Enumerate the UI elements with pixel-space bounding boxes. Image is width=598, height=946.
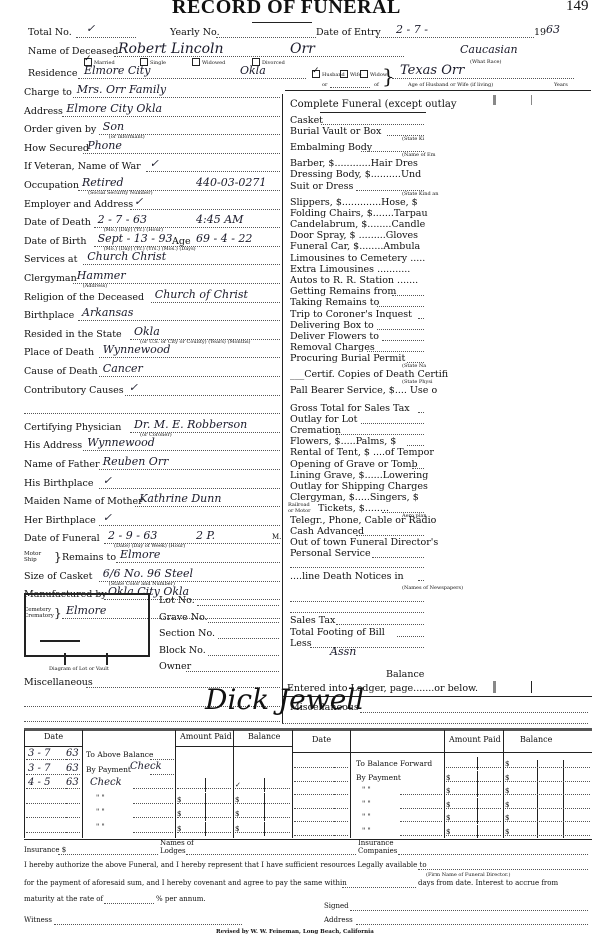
field-input[interactable]	[151, 302, 280, 303]
field-label: Religion of the Deceased	[24, 293, 144, 303]
field-value: ✓	[103, 475, 112, 486]
cents-divider	[205, 778, 206, 792]
ledger-border	[350, 730, 351, 838]
lot-field-input[interactable]	[208, 622, 279, 623]
itemization-row[interactable]: Total Footing of Bill	[290, 628, 385, 638]
item-dots	[336, 624, 424, 625]
itemization-row[interactable]: Suit or Dress	[290, 182, 353, 192]
item-caption: (State Ki	[402, 137, 424, 142]
field-label: Maiden Name of Mother	[24, 497, 143, 507]
lot-field-input[interactable]	[197, 605, 279, 606]
itemization-row[interactable]: ....line Death Notices in	[290, 572, 404, 582]
ledger-year-field[interactable]	[66, 788, 80, 789]
spouse-or-field[interactable]	[330, 87, 370, 88]
ledger-year-field[interactable]	[334, 808, 348, 809]
witness-label: Witness	[24, 917, 52, 924]
signed-label: Signed	[324, 903, 349, 910]
blank-row-field[interactable]	[290, 567, 424, 568]
ledger-amount: $	[446, 829, 450, 836]
field-input[interactable]	[62, 116, 280, 117]
divider	[285, 90, 591, 91]
ledger-amount-field[interactable]	[177, 817, 231, 818]
lodges-label-top: Names of	[160, 840, 194, 847]
field-input[interactable]	[99, 469, 280, 470]
miscellaneous-field-3[interactable]	[24, 721, 280, 722]
column-marker	[493, 95, 496, 105]
field-label: Address	[24, 107, 63, 117]
field-caption: (Address)	[83, 284, 107, 289]
field-label: Order given by	[24, 125, 96, 135]
right-ledger-amount-header: Amount Paid	[449, 736, 501, 744]
field-label: Contributory Causes	[24, 386, 124, 396]
ledger-desc-field[interactable]	[400, 835, 442, 836]
ledger-year-field[interactable]	[334, 781, 348, 782]
item-dots	[361, 423, 424, 424]
ledger-year: 63	[66, 749, 79, 759]
field-value: Reuben Orr	[103, 456, 169, 467]
itemization-row[interactable]: Extra Limousines ...........	[290, 265, 410, 275]
ledger-description: Check	[90, 778, 122, 788]
itemization-row[interactable]: Pall Bearer Service, $.... Use o	[290, 386, 437, 396]
field-value: Wynnewood	[87, 437, 155, 448]
field-value: Hammer	[77, 270, 126, 281]
lodges-label-bottom: Lodges	[160, 848, 186, 855]
ledger-description: By Payment	[86, 766, 131, 774]
item-prefix-bottom: or Motor	[288, 509, 311, 514]
ditto-mark: " "	[96, 795, 105, 802]
insurance-field[interactable]	[58, 854, 158, 855]
ledger-year-field[interactable]	[66, 803, 80, 804]
lodges-field[interactable]	[186, 854, 356, 855]
total-no-value: ✓	[86, 23, 95, 34]
field-input[interactable]	[99, 525, 280, 526]
left-ledger-balance-header: Balance	[248, 733, 280, 741]
itemization-row[interactable]: Casket	[290, 116, 323, 126]
item-dots	[377, 306, 424, 307]
total-no-field[interactable]	[76, 37, 136, 38]
field-label: Clergyman	[24, 274, 77, 284]
checkbox-widowed[interactable]: Widowed	[192, 58, 225, 66]
per-annum-text: % per annum.	[156, 896, 206, 903]
field-input[interactable]	[99, 376, 280, 377]
ledger-border	[503, 730, 504, 838]
field-value: Elmore	[120, 549, 160, 560]
field-input[interactable]	[135, 506, 280, 507]
field-input[interactable]	[99, 488, 280, 489]
itemization-row[interactable]: Barber, $............Hair Dres	[290, 159, 418, 169]
yearly-no-field[interactable]	[216, 37, 316, 38]
revised-text: Revised by W. W. Feineman, Long Beach, C…	[216, 930, 374, 936]
signed-field[interactable]	[350, 910, 588, 911]
field-input[interactable]	[83, 153, 280, 154]
itemization-row[interactable]: Clergyman, $.....Singers, $	[290, 493, 419, 503]
field-value: ✓	[150, 158, 159, 169]
ledger-description: To Balance Forward	[356, 760, 432, 768]
field-input[interactable]	[73, 97, 280, 98]
lot-diagram[interactable]	[24, 593, 150, 657]
ledger-balance-field[interactable]	[235, 788, 290, 789]
itemization-row[interactable]: Getting Remains from	[290, 287, 396, 297]
field-value: Church Christ	[87, 251, 166, 262]
page-number: 149	[566, 0, 589, 15]
residence-value: Elmore City	[84, 65, 150, 76]
ledger-amount: $	[177, 826, 181, 833]
field-label: Services at	[24, 255, 77, 265]
itemization-row[interactable]: Candelabrum, $........Candle	[290, 220, 425, 230]
ledger-amount-field[interactable]	[446, 767, 501, 768]
ledger-year-field[interactable]	[66, 817, 80, 818]
race-value: Caucasian	[460, 44, 518, 55]
ditto-mark: " "	[362, 814, 371, 821]
signature: Dick Jewell	[205, 683, 364, 716]
spouse-name-field[interactable]	[392, 78, 574, 79]
right-ledger-balance-header: Balance	[520, 736, 552, 744]
balance-label: Balance	[386, 670, 424, 680]
field-input[interactable]	[146, 171, 280, 172]
panel-misc-field[interactable]	[360, 712, 588, 713]
year-prefix: 19	[534, 28, 546, 38]
date-of-entry-value: 2 - 7 -	[396, 24, 428, 35]
item-caption: (Names of Newspapers)	[402, 586, 463, 591]
itemization-row[interactable]: Personal Service	[290, 549, 371, 559]
left-ledger-amount-header: Amount Paid	[180, 733, 232, 741]
ledger-balance-field[interactable]	[505, 767, 590, 768]
cents-divider	[205, 793, 206, 807]
ledger-header-border	[24, 746, 82, 747]
cents-divider	[477, 771, 478, 784]
itemization-row[interactable]: Cash Advanced	[290, 527, 364, 537]
ledger-amount-field[interactable]	[446, 781, 501, 782]
ledger-year-field[interactable]	[66, 774, 80, 775]
days-field[interactable]	[342, 887, 416, 888]
field-label: Certifying Physician	[24, 423, 121, 433]
field-value: Arkansas	[82, 307, 133, 318]
ledger-desc-field[interactable]	[400, 808, 442, 809]
itemization-row[interactable]: Funeral Car, $........Ambula	[290, 242, 420, 252]
item-dots	[310, 647, 424, 648]
itemization-row[interactable]: Dressing Body, $..........Und	[290, 170, 421, 180]
ledger-description: To Above Balance	[86, 751, 153, 759]
ledger-year: 63	[66, 764, 79, 774]
field-input[interactable]	[116, 562, 280, 563]
ledger-amount-field[interactable]	[177, 803, 231, 804]
itemization-row[interactable]: Autos to R. R. Station .......	[290, 276, 418, 286]
itemization-row[interactable]: Trip to Coroner's Inquest	[290, 310, 412, 320]
cents-divider	[205, 822, 206, 836]
field-input[interactable]	[78, 320, 280, 321]
firm-caption: (Firm Name of Funeral Director.)	[426, 873, 510, 878]
item-dots	[372, 557, 424, 558]
field-label: Cause of Death	[24, 367, 98, 377]
ledger-year-field[interactable]	[66, 832, 80, 833]
ledger-balance-field[interactable]	[505, 794, 590, 795]
field-input[interactable]	[130, 209, 280, 210]
ledger-desc-field[interactable]	[133, 803, 173, 804]
itemization-row[interactable]: Out of town Funeral Director's	[290, 538, 438, 548]
ledger-border	[444, 730, 445, 838]
miscellaneous-label: Miscellaneous	[24, 678, 93, 688]
ledger-year-field[interactable]	[334, 767, 348, 768]
ledger-balance: $	[505, 802, 509, 809]
itemization-row[interactable]: Limousines to Cemetery .....	[290, 254, 425, 264]
field-value: 6/6 No. 96 Steel	[103, 568, 193, 579]
lot-field-input[interactable]	[208, 655, 279, 656]
ledger-bottom-border	[24, 839, 592, 840]
cents-divider	[264, 793, 265, 807]
ledger-amount-field[interactable]	[446, 835, 501, 836]
item-dots	[321, 124, 424, 125]
itemization-row[interactable]: Deliver Flowers to	[290, 332, 379, 342]
itemization-row[interactable]: Procuring Burial Permit	[290, 354, 405, 364]
column-marker	[531, 681, 532, 693]
ledger-desc-field[interactable]	[150, 774, 174, 775]
insurance-companies-bottom: Companies	[358, 848, 397, 855]
field-input[interactable]	[99, 357, 280, 358]
item-dots	[356, 535, 424, 536]
field-value: Son	[103, 121, 124, 132]
ledger-balance: $	[505, 788, 509, 795]
title-underline	[252, 22, 312, 23]
field-label: Date of Funeral	[24, 534, 100, 544]
item-dots	[397, 636, 424, 637]
ledger-amount-field[interactable]	[446, 794, 501, 795]
itemization-row[interactable]: Lining Grave, $......Lowering	[290, 471, 428, 481]
item-dots	[367, 351, 425, 352]
field-extra-value: 440-03-0271	[196, 177, 266, 188]
ledger-year-field[interactable]	[334, 821, 348, 822]
spouse-years-caption: Years	[554, 83, 568, 88]
cents-divider	[264, 822, 265, 836]
field-label: Date of Death	[24, 218, 91, 228]
itemization-row[interactable]: Delivering Box to	[290, 321, 374, 331]
field-label: Remains to	[62, 553, 116, 563]
date-of-entry-field[interactable]	[376, 37, 534, 38]
ledger-amount: $	[446, 802, 450, 809]
itemization-row[interactable]: Outlay for Lot	[290, 415, 357, 425]
itemization-row[interactable]: Rental of Tent, $ ....of Tempor	[290, 448, 434, 458]
ledger-balance-field[interactable]	[505, 781, 590, 782]
ledger-balance: $	[235, 826, 239, 833]
field-value: Kathrine Dunn	[139, 493, 221, 504]
ledger-amount-field[interactable]	[177, 832, 231, 833]
ledger-year-field[interactable]	[334, 835, 348, 836]
spouse-name: Texas Orr	[400, 64, 464, 77]
insurance-label: Insurance $	[24, 847, 66, 854]
itemization-row[interactable]: Outlay for Shipping Charges	[290, 482, 428, 492]
field-value: ✓	[134, 196, 143, 207]
address-field[interactable]	[356, 924, 588, 925]
field-input[interactable]	[83, 264, 280, 265]
field-value: Wynnewood	[103, 344, 171, 355]
insurance-companies-top: Insurance	[358, 840, 393, 847]
itemization-row[interactable]: Less	[290, 639, 312, 649]
field-label: His Address	[24, 441, 82, 451]
cents-divider	[477, 825, 478, 838]
itemization-row[interactable]: Sales Tax	[290, 616, 335, 626]
ledger-amount: $	[446, 788, 450, 795]
itemization-row[interactable]: Taking Remains to	[290, 298, 379, 308]
residence-state: Okla	[240, 65, 266, 76]
yearly-no-label: Yearly No.	[170, 28, 220, 38]
cents-divider	[264, 807, 265, 821]
item-dots	[412, 468, 424, 469]
deceased-first-name: Robert Lincoln	[118, 42, 224, 56]
ledger-border	[292, 730, 293, 838]
itemization-row[interactable]: Burial Vault or Box	[290, 127, 381, 137]
field-input[interactable]	[125, 395, 280, 396]
field-extra-value: 4:45 AM	[196, 214, 243, 225]
blank-row-field[interactable]	[290, 612, 424, 613]
itemization-row[interactable]: Opening of Grave or Tomb	[290, 460, 418, 470]
residence-field[interactable]	[78, 78, 306, 79]
itemization-row[interactable]: Gross Total for Sales Tax	[290, 404, 410, 414]
ledger-balance: $	[505, 829, 509, 836]
item-dots	[377, 329, 424, 330]
field-label: Charge to	[24, 88, 72, 98]
ditto-mark: " "	[96, 824, 105, 831]
field-label: Place of Death	[24, 348, 94, 358]
insurance-companies-field[interactable]	[398, 854, 588, 855]
itemization-row[interactable]: Telegr., Phone, Cable or Radio	[290, 516, 436, 526]
field-extra-value: 2 P.	[196, 530, 215, 541]
ledger-desc-field[interactable]	[133, 817, 173, 818]
field-value: Cancer	[103, 363, 143, 374]
ledger-border	[82, 730, 83, 838]
ledger-description: By Payment	[356, 774, 401, 782]
cents-divider	[477, 798, 478, 811]
residence-label: Residence	[28, 69, 77, 79]
field-value: Okla	[134, 326, 160, 337]
panel-misc-field-2[interactable]	[282, 723, 588, 724]
page-title: RECORD OF FUNERAL	[172, 0, 401, 19]
ledger-amount-field[interactable]	[446, 821, 501, 822]
itemization-row[interactable]: Cremation	[290, 426, 341, 436]
brace: }	[54, 551, 62, 563]
field-input[interactable]	[24, 413, 280, 414]
field-label: Size of Casket	[24, 572, 92, 582]
lot-field-input[interactable]	[186, 671, 279, 672]
column-marker	[531, 95, 532, 105]
checkbox-box	[360, 70, 368, 78]
item-dots	[382, 340, 424, 341]
ledger-balance-field[interactable]	[235, 817, 290, 818]
field-value: ✓	[129, 382, 138, 393]
itemization-header: Complete Funeral (except outlay	[290, 100, 457, 110]
checkbox-wife[interactable]: Wife	[340, 70, 361, 78]
ledger-amount-field[interactable]	[446, 808, 501, 809]
witness-field[interactable]	[54, 924, 242, 925]
ledger-balance: $	[505, 775, 509, 782]
lot-field-label: Section No.	[159, 629, 215, 639]
ledger-year-field[interactable]	[66, 759, 80, 760]
ledger-amount-field[interactable]	[177, 788, 231, 789]
ditto-mark: " "	[362, 787, 371, 794]
firm-name-field[interactable]	[418, 869, 588, 870]
item-dots	[418, 318, 425, 319]
field-suffix: M.	[272, 534, 281, 541]
spouse-age-caption: Age of Husband or Wife (if living)	[408, 83, 493, 88]
ledger-balance-field[interactable]	[505, 835, 590, 836]
ledger-top-border	[24, 728, 592, 731]
field-label: How Secured	[24, 144, 89, 154]
diagram-caption: Diagram of Lot or Vault	[49, 667, 109, 672]
ledger-desc-field[interactable]	[400, 794, 442, 795]
deceased-surname: Orr	[290, 42, 315, 56]
field-label: Resided in the State	[24, 330, 122, 340]
panel-left-border	[282, 94, 283, 724]
ledger-balance-field[interactable]	[505, 808, 590, 809]
ledger-year: 63	[66, 778, 79, 788]
ledger-desc-field[interactable]	[133, 788, 173, 789]
less-value: Assn	[330, 646, 356, 657]
ledger-balance: $	[505, 815, 509, 822]
field-label: Date of Birth	[24, 237, 87, 247]
ledger-header-border	[175, 746, 292, 747]
days-text: days from date. Interest to accrue from	[418, 880, 558, 887]
ledger-amount: $	[177, 811, 181, 818]
ledger-date: 4 - 5	[28, 778, 50, 788]
itemization-row[interactable]: Folding Chairs, $.......Tarpau	[290, 209, 428, 219]
field-label: Name of Father	[24, 460, 100, 470]
year-value: 63	[546, 24, 560, 35]
itemization-row[interactable]: Tickets, $........	[318, 504, 389, 514]
ledger-desc-field[interactable]	[133, 832, 173, 833]
item-dots	[392, 295, 424, 296]
itemization-row[interactable]: Removal Charges	[290, 343, 375, 353]
itemization-row[interactable]: Door Spray, $ .........Gloves	[290, 231, 418, 241]
field-value: 2 - 9 - 63	[108, 530, 157, 541]
item-dots	[407, 445, 424, 446]
maturity-text: maturity at the rate of	[24, 896, 103, 903]
field-value: Elmore City Okla	[66, 103, 162, 114]
ledger-balance: $	[235, 797, 239, 804]
rate-field[interactable]	[104, 903, 154, 904]
column-marker	[493, 681, 496, 693]
field-value: Dr. M. E. Robberson	[134, 419, 247, 430]
cents-divider	[264, 778, 265, 792]
ledger-border	[537, 760, 538, 838]
ledger-balance: $	[235, 811, 239, 818]
checkbox-box	[340, 70, 348, 78]
item-caption: (State Kind an	[402, 192, 438, 197]
ditto-mark: " "	[362, 801, 371, 808]
blank-row-field[interactable]	[290, 601, 424, 602]
name-of-deceased-label: Name of Deceased	[28, 47, 118, 57]
ledger-desc-field[interactable]	[150, 759, 174, 760]
ledger-desc-field[interactable]	[400, 821, 442, 822]
field-label: His Birthplace	[24, 479, 93, 489]
header-underline	[320, 112, 426, 113]
authorize-text: I hereby authorize the above Funeral, an…	[24, 862, 427, 869]
itemization-row[interactable]: Flowers, $.....Palms, $	[290, 437, 396, 447]
ditto-mark: " "	[362, 828, 371, 835]
ledger-balance-field[interactable]	[235, 832, 290, 833]
field-input[interactable]	[83, 450, 280, 451]
ledger-year-field[interactable]	[334, 794, 348, 795]
ledger-balance-field[interactable]	[505, 821, 590, 822]
item-dots	[418, 580, 425, 581]
field-prefix-bottom: Ship	[24, 558, 37, 564]
lot-field-input[interactable]	[218, 638, 279, 639]
itemization-row[interactable]: Slippers, $.............Hose, $	[290, 198, 418, 208]
lot-field-label: Grave No.	[159, 613, 208, 623]
ditto-mark: " "	[96, 809, 105, 816]
ledger-balance-field[interactable]	[235, 803, 290, 804]
date-of-entry-label: Date of Entry	[316, 28, 381, 38]
diagram-leg	[64, 653, 66, 665]
spouse-or-label: or	[322, 83, 327, 88]
itemization-row[interactable]: Embalming Body	[290, 143, 372, 153]
